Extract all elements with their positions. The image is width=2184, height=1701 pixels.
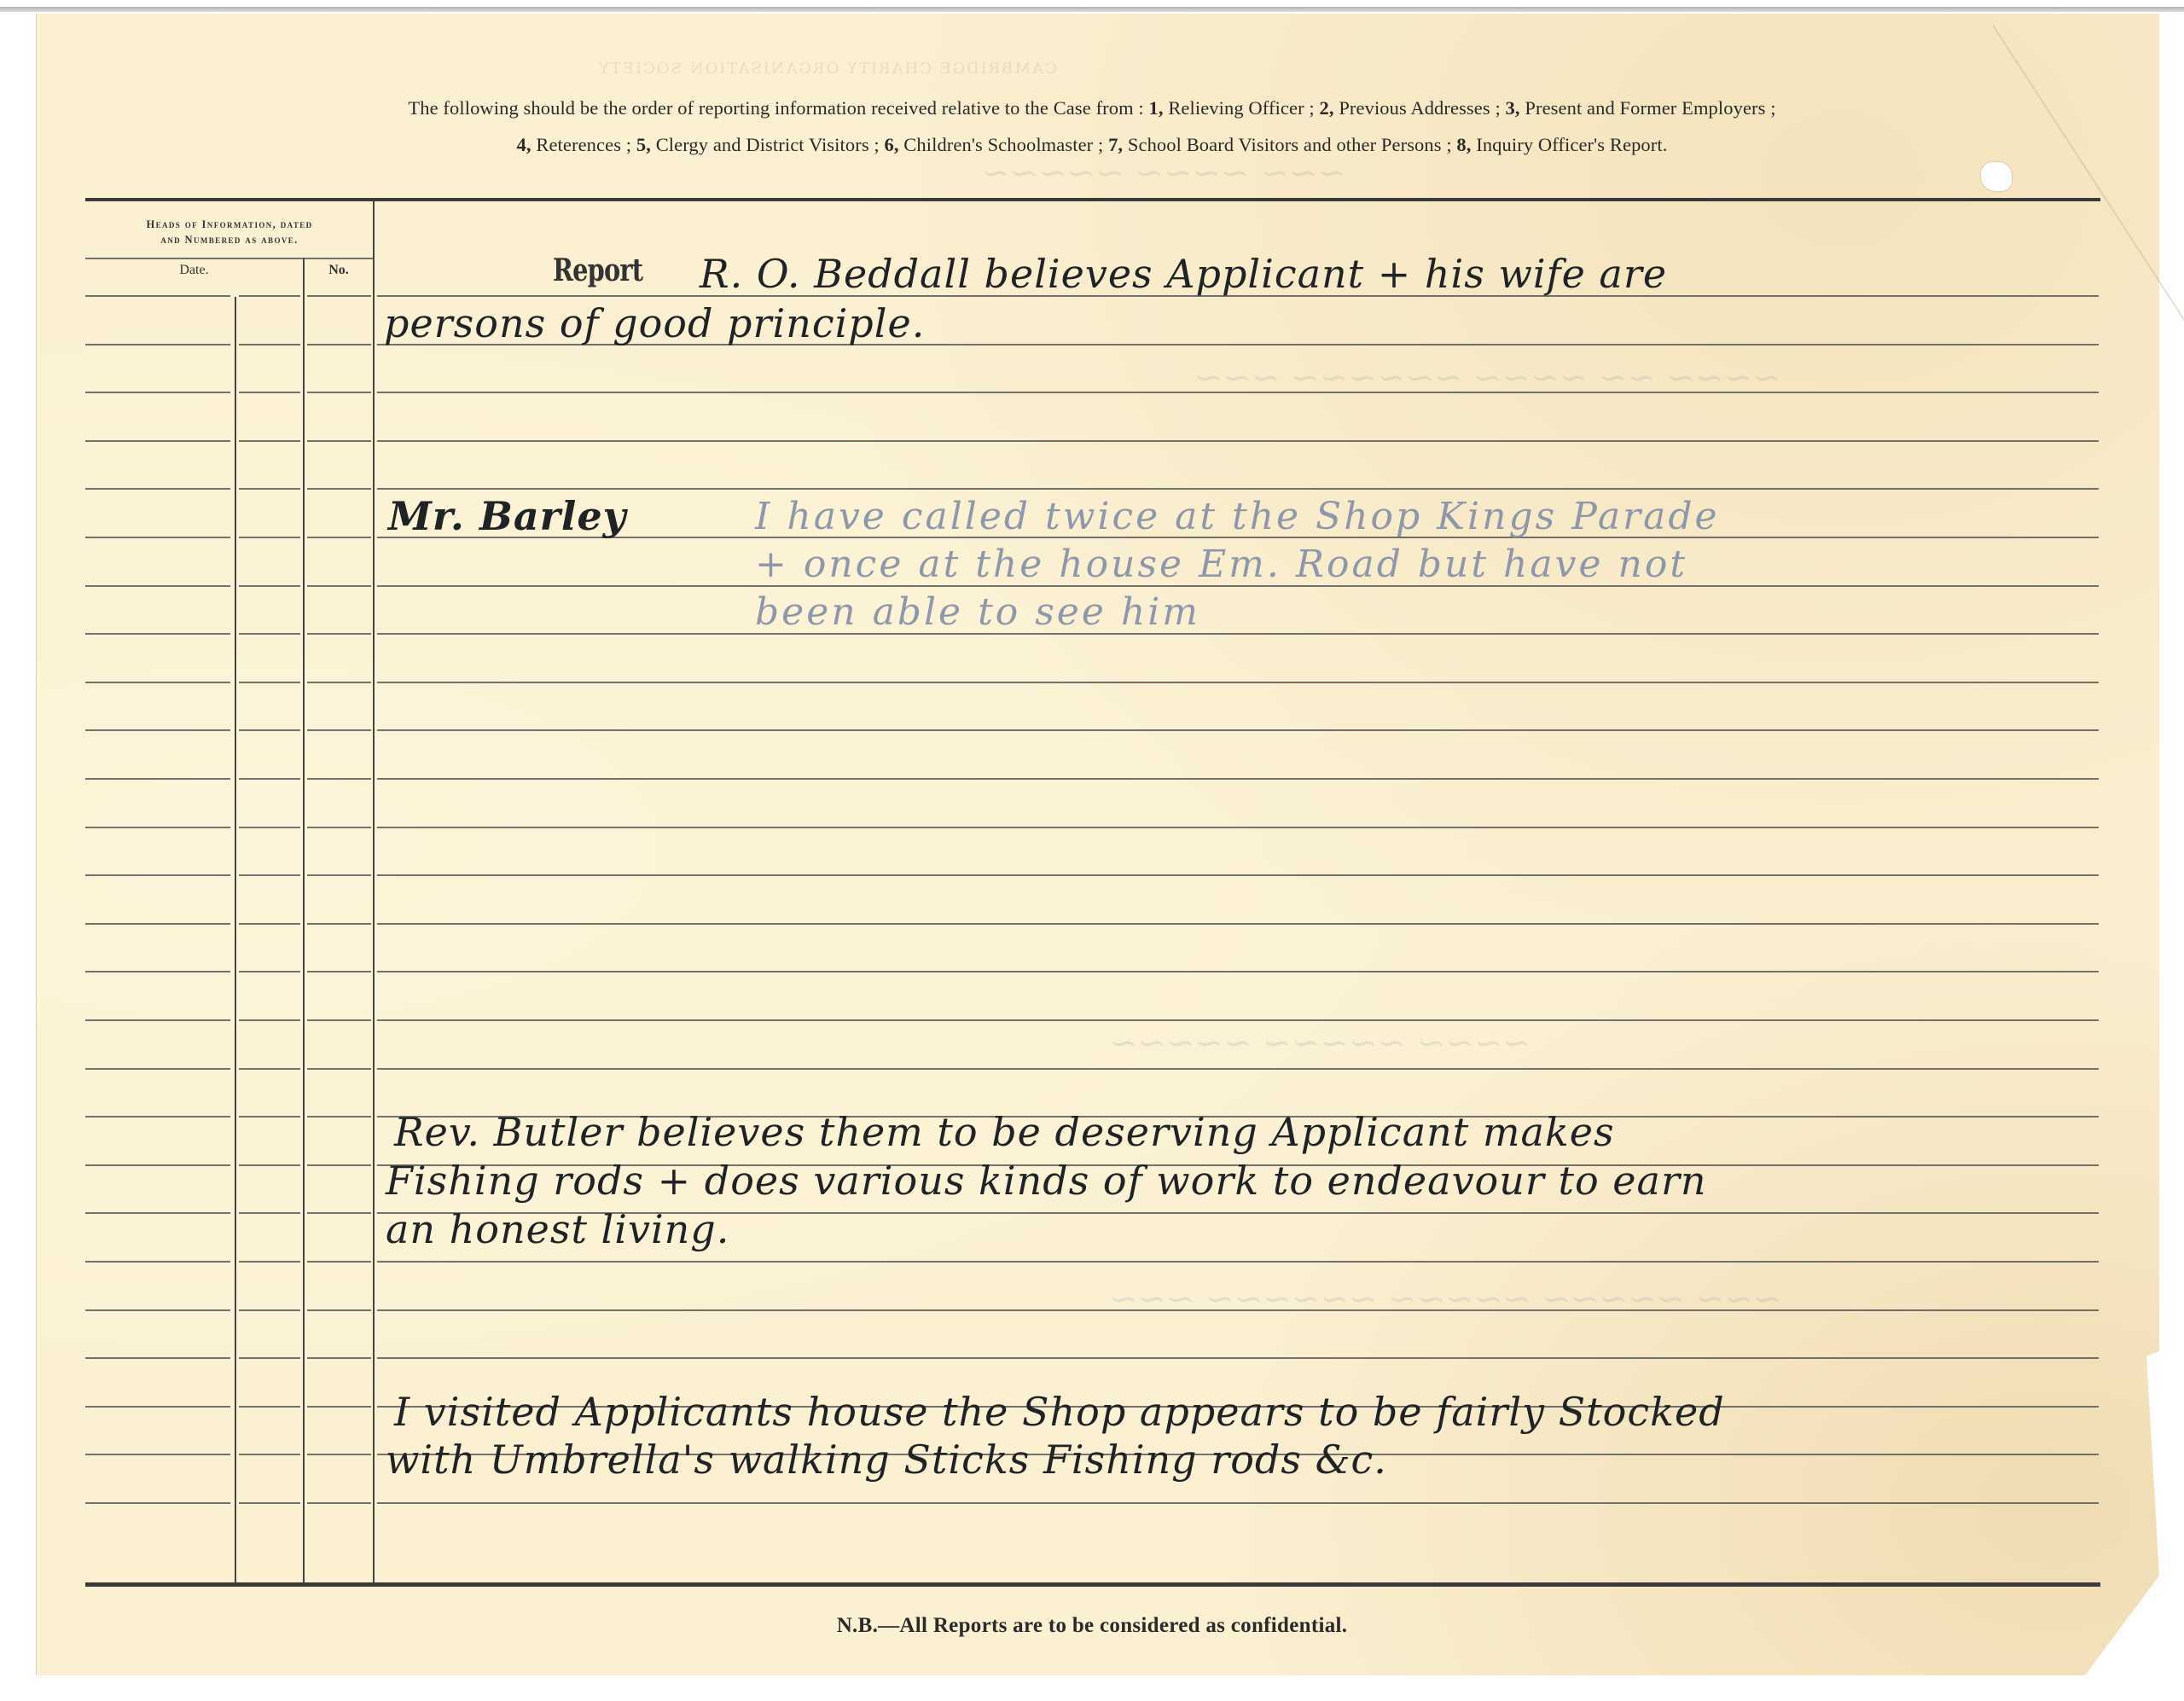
ruled-line <box>239 971 300 972</box>
ruled-line <box>85 1357 230 1359</box>
handwritten-line: I visited Applicants house the Shop appe… <box>394 1389 1725 1435</box>
ruled-line <box>307 1309 371 1311</box>
ruled-line <box>85 344 230 345</box>
item-school-board: School Board Visitors and other Persons … <box>1128 134 1452 155</box>
item-schoolmaster: Children's Schoolmaster ; <box>903 134 1103 155</box>
ruled-line <box>85 1454 230 1455</box>
colon: : <box>1134 97 1149 119</box>
ruled-line <box>85 778 230 780</box>
ruled-line <box>377 682 2099 683</box>
ruled-line <box>239 1212 300 1214</box>
ruled-line <box>239 1406 300 1408</box>
ruled-line <box>377 923 2099 925</box>
ruled-line <box>85 1406 230 1408</box>
ruled-line <box>85 1212 230 1214</box>
ruled-line <box>307 1261 371 1263</box>
ruled-line <box>85 585 230 587</box>
ruled-line <box>307 440 371 442</box>
ruled-line <box>239 1454 300 1455</box>
ruled-line <box>377 827 2099 828</box>
ruled-line <box>307 1357 371 1359</box>
ruled-line <box>377 1261 2099 1263</box>
ruled-line <box>85 1261 230 1263</box>
pencil-line: I have called twice at the Shop Kings Pa… <box>755 495 1720 538</box>
ruled-line <box>377 874 2099 876</box>
ruled-line <box>307 778 371 780</box>
ruled-line <box>85 729 230 731</box>
ruled-line <box>239 874 300 876</box>
ruled-line <box>377 1068 2099 1070</box>
ruled-line <box>307 1164 371 1166</box>
ruled-line <box>377 392 2099 393</box>
ruled-line <box>85 440 230 442</box>
handwritten-line: an honest living. <box>386 1206 729 1252</box>
no-column-header: No. <box>305 263 373 278</box>
bleed-through-handwriting: ~~~ ~~~~~ ~~~~~ ~~~~~~ ~~~ <box>1109 1280 1781 1319</box>
item-number: 2, <box>1320 97 1334 119</box>
ruled-line <box>377 778 2099 780</box>
ruled-line <box>239 537 300 538</box>
ruled-line <box>239 1309 300 1311</box>
ruled-line <box>85 1309 230 1311</box>
reporting-order-intro: The following should be the order of rep… <box>408 97 1133 119</box>
ruled-line <box>377 1357 2099 1359</box>
ruled-line <box>307 344 371 345</box>
column-divider-no <box>303 258 305 1583</box>
ruled-line <box>307 295 371 297</box>
handwritten-line: persons of good principle. <box>384 300 925 346</box>
referee-name: Mr. Barley <box>388 493 626 539</box>
ruled-line <box>239 1502 300 1504</box>
paper-tear-hole <box>1981 162 2012 191</box>
ruled-line <box>85 537 230 538</box>
ruled-line <box>377 488 2099 490</box>
bleed-through-handwriting: ~~~ ~~~~ ~~~~~ <box>981 154 1346 193</box>
ruled-line <box>307 729 371 731</box>
ruled-line <box>85 971 230 972</box>
ruled-line <box>239 729 300 731</box>
pencil-line: been able to see him <box>755 590 1200 634</box>
table-top-rule <box>85 198 2100 201</box>
ruled-line <box>307 1212 371 1214</box>
ruled-line <box>85 874 230 876</box>
ruled-line <box>85 827 230 828</box>
ruled-line <box>307 1116 371 1118</box>
ruled-line <box>239 1164 300 1166</box>
pencil-line: + once at the house Em. Road but have no… <box>755 543 1687 586</box>
item-previous-addresses: Previous Addresses ; <box>1339 97 1501 119</box>
ruled-line <box>239 440 300 442</box>
item-references: Reterences ; <box>536 134 631 155</box>
ruled-line <box>307 971 371 972</box>
ruled-line <box>307 1019 371 1021</box>
confidential-notice: N.B.—All Reports are to be considered as… <box>0 1614 2184 1638</box>
handwritten-line: with Umbrella's walking Sticks Fishing r… <box>386 1437 1387 1483</box>
ruled-line <box>239 585 300 587</box>
bleed-through-handwriting: ~~~~ ~~~~~ ~~~~~ <box>1109 1024 1531 1063</box>
ruled-line <box>239 682 300 683</box>
ruled-line <box>85 633 230 635</box>
ruled-line <box>85 1164 230 1166</box>
item-employers: Present and Former Employers ; <box>1525 97 1775 119</box>
ruled-line <box>307 1454 371 1455</box>
item-number: 5, <box>636 134 651 155</box>
ruled-line <box>377 729 2099 731</box>
ruled-line <box>85 392 230 393</box>
bleed-through-title: CAMBRIDGE CHARITY ORGANISATION SOCIETY <box>597 60 1057 78</box>
item-number: 6, <box>884 134 898 155</box>
ruled-line <box>85 682 230 683</box>
ruled-line <box>239 392 300 393</box>
table-bottom-rule <box>85 1582 2100 1587</box>
ruled-line <box>307 827 371 828</box>
ruled-line <box>239 1357 300 1359</box>
ruled-line <box>85 1116 230 1118</box>
column-divider-date <box>235 297 236 1583</box>
ruled-line <box>239 295 300 297</box>
ruled-line <box>307 923 371 925</box>
ruled-line <box>377 1502 2099 1504</box>
ruled-line <box>85 295 230 297</box>
ruled-line <box>239 827 300 828</box>
ruled-line <box>239 1116 300 1118</box>
ruled-line <box>307 682 371 683</box>
handwritten-line: Fishing rods + does various kinds of wor… <box>386 1158 1707 1204</box>
ruled-line <box>307 1068 371 1070</box>
item-relieving-officer: Relieving Officer ; <box>1168 97 1314 119</box>
ruled-line <box>307 633 371 635</box>
ruled-line <box>307 392 371 393</box>
ruled-line <box>239 1068 300 1070</box>
item-number: 1, <box>1149 97 1164 119</box>
column-divider-main <box>373 200 375 1583</box>
ruled-line <box>307 537 371 538</box>
ruled-line <box>307 874 371 876</box>
ruled-line <box>85 923 230 925</box>
heads-title-line-1: Heads of Information, dated <box>85 217 374 232</box>
heads-header-rule <box>85 258 373 259</box>
ruled-line <box>85 488 230 490</box>
ruled-line <box>307 488 371 490</box>
item-number: 8, <box>1456 134 1471 155</box>
ruled-line <box>307 1502 371 1504</box>
ruled-line <box>307 1406 371 1408</box>
item-number: 7, <box>1108 134 1123 155</box>
ruled-line <box>85 1068 230 1070</box>
handwritten-line: R. O. Beddall believes Applicant + his w… <box>700 251 1667 297</box>
reporting-order-line-2: 4, Reterences ; 5, Clergy and District V… <box>0 134 2184 156</box>
report-label: Report <box>553 253 642 288</box>
ruled-line <box>239 1019 300 1021</box>
ruled-line <box>239 633 300 635</box>
date-column-header: Date. <box>85 263 303 278</box>
ruled-line <box>239 488 300 490</box>
heads-of-information-heading: Heads of Information, dated and Numbered… <box>85 217 374 247</box>
reporting-order-line-1: The following should be the order of rep… <box>0 97 2184 119</box>
ruled-line <box>377 633 2099 635</box>
ruled-line <box>377 1309 2099 1311</box>
handwritten-line: Rev. Butler believes them to be deservin… <box>394 1109 1615 1155</box>
ruled-line <box>377 440 2099 442</box>
item-number: 3, <box>1506 97 1520 119</box>
heads-title-line-2: and Numbered as above. <box>85 232 374 247</box>
ruled-line <box>239 778 300 780</box>
ruled-line <box>377 1019 2099 1021</box>
ruled-line <box>85 1019 230 1021</box>
item-inquiry-officer: Inquiry Officer's Report. <box>1476 134 1667 155</box>
ruled-line <box>307 585 371 587</box>
ruled-line <box>377 971 2099 972</box>
item-number: 4, <box>517 134 531 155</box>
ruled-line <box>239 344 300 345</box>
item-clergy: Clergy and District Visitors ; <box>656 134 880 155</box>
ruled-line <box>85 1502 230 1504</box>
scan-edge-strip <box>0 7 2184 12</box>
ruled-line <box>239 1261 300 1263</box>
ruled-line <box>239 923 300 925</box>
